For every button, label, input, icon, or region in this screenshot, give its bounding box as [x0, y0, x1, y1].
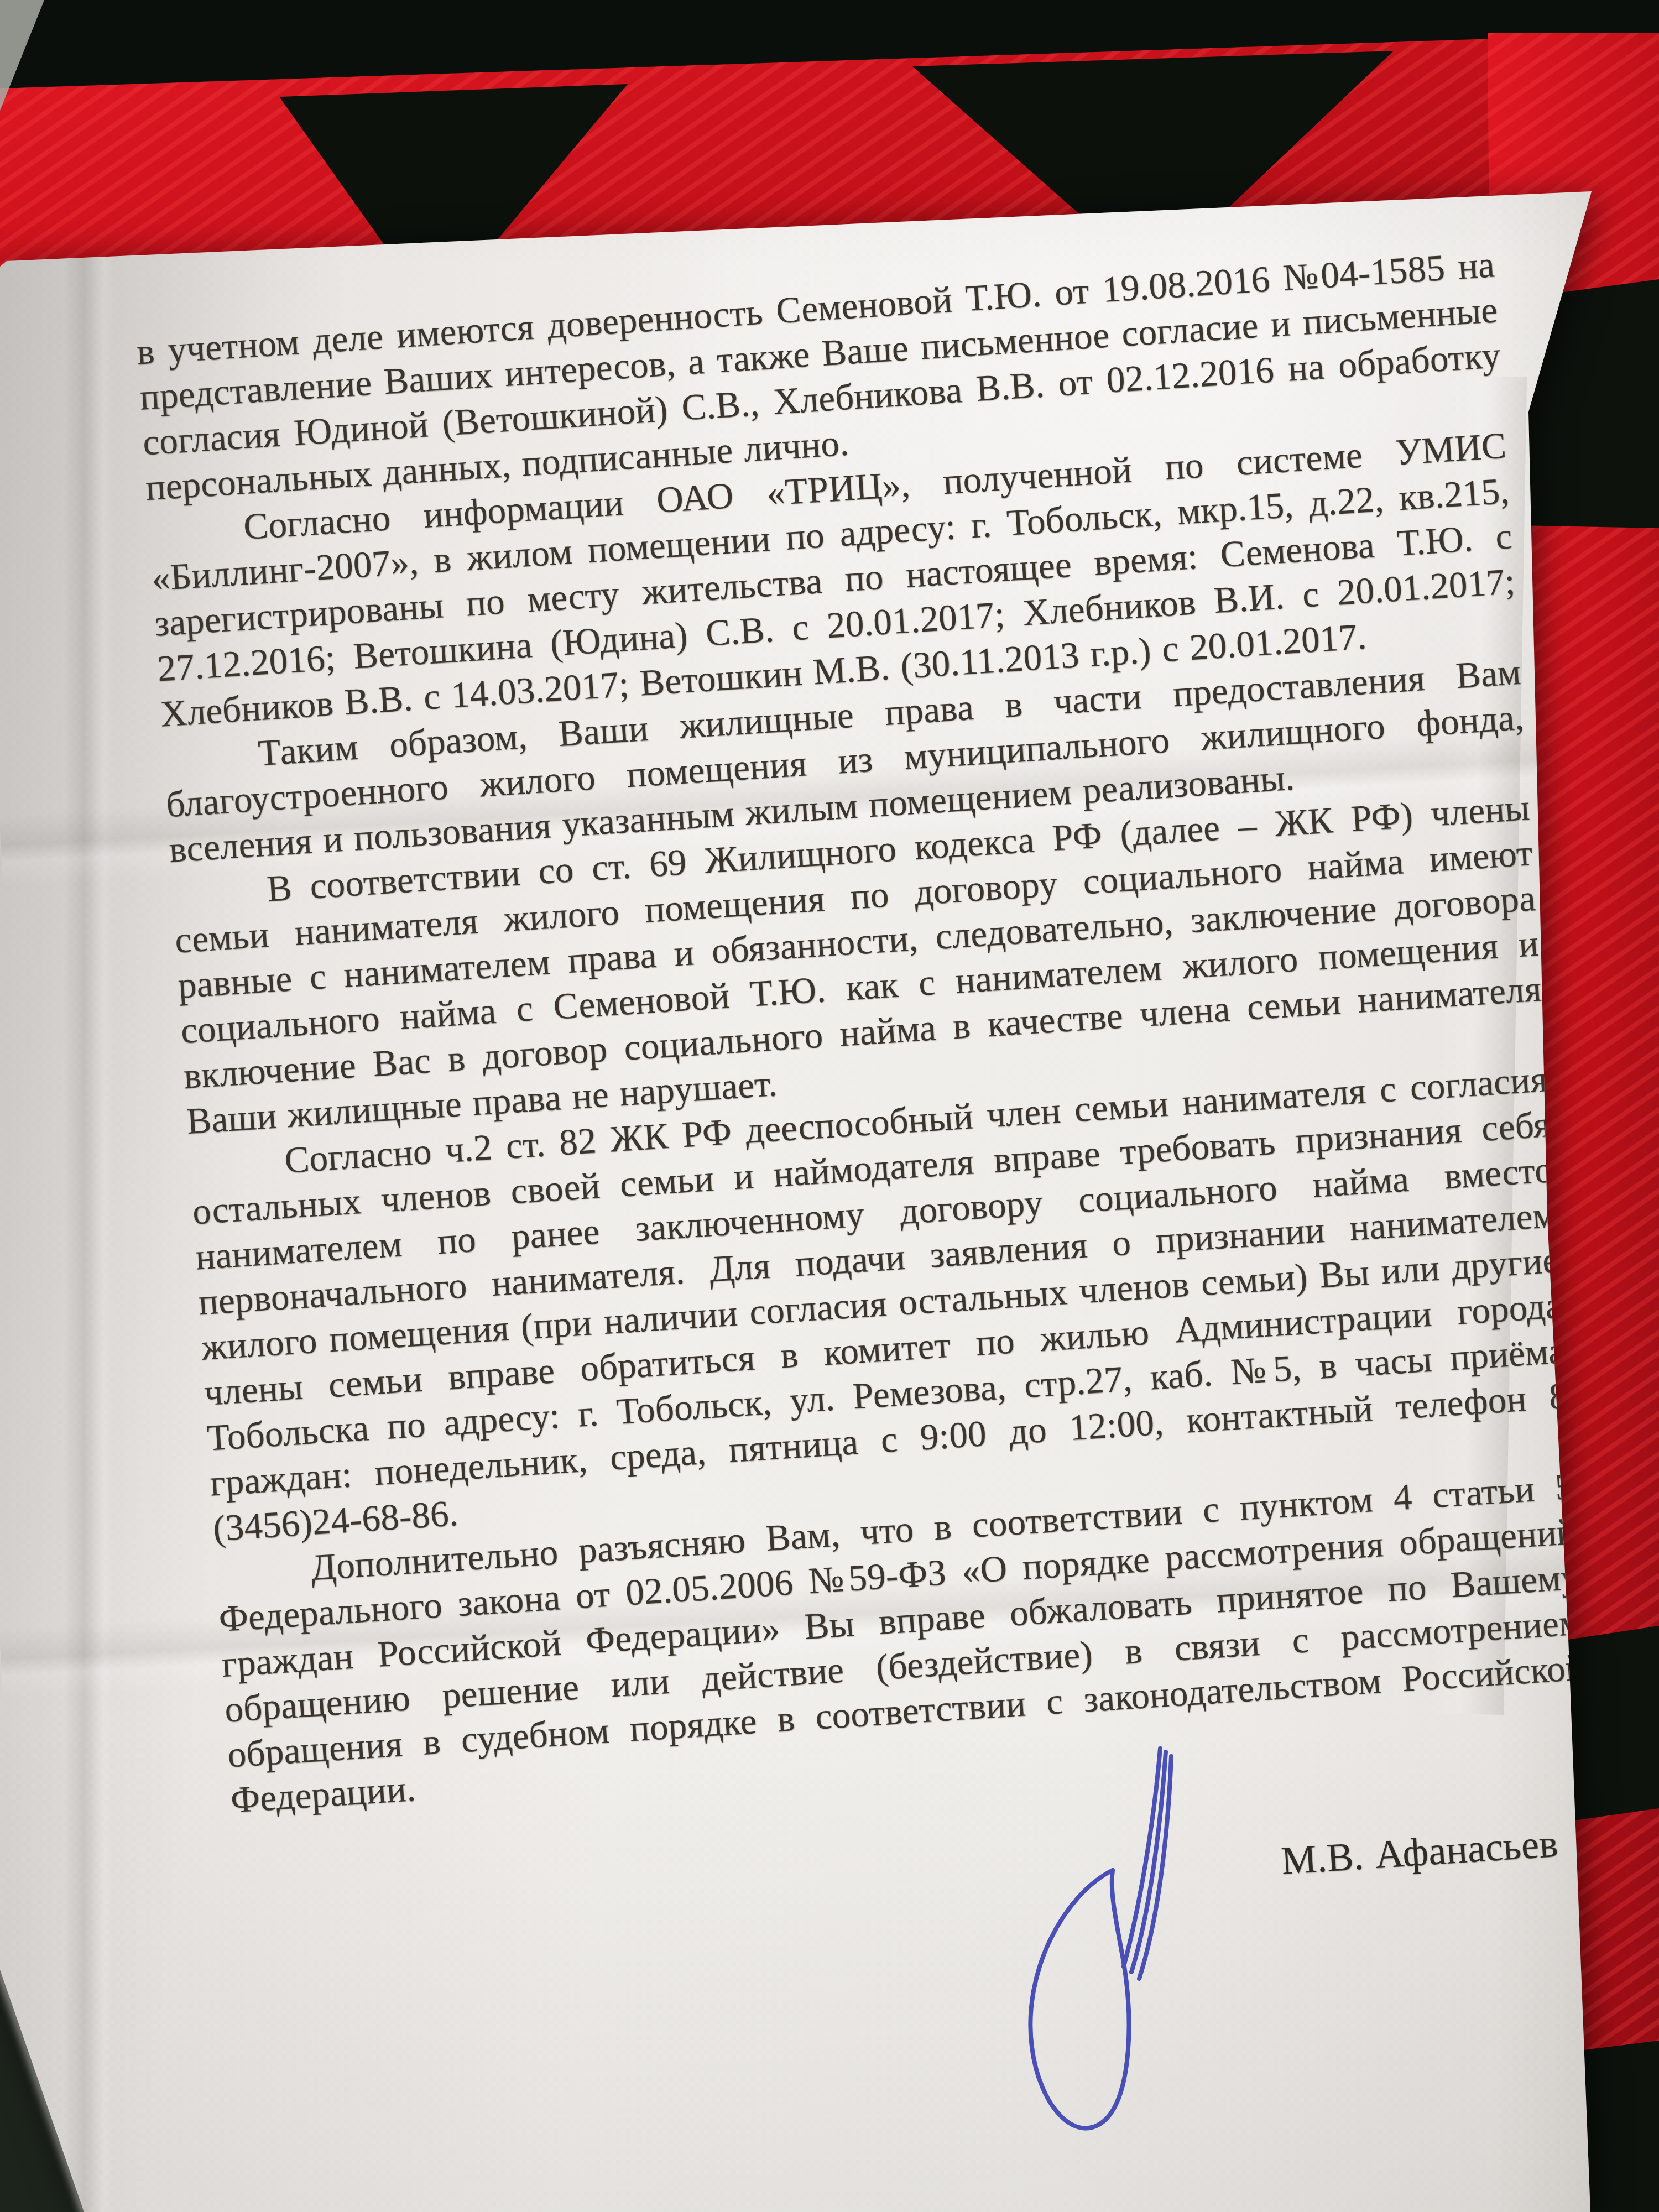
paper-fold-crease: [64, 252, 116, 2212]
document-paragraphs: в учетном деле имеются доверенность Семе…: [135, 242, 1589, 1823]
document-text: в учетном деле имеются доверенность Семе…: [135, 242, 1598, 1951]
document-photo: в учетном деле имеются доверенность Семе…: [0, 0, 1659, 2212]
signatory-name: М.В. Афанасьев: [237, 1818, 1598, 1951]
document-paper: в учетном деле имеются доверенность Семе…: [0, 0, 1659, 2212]
